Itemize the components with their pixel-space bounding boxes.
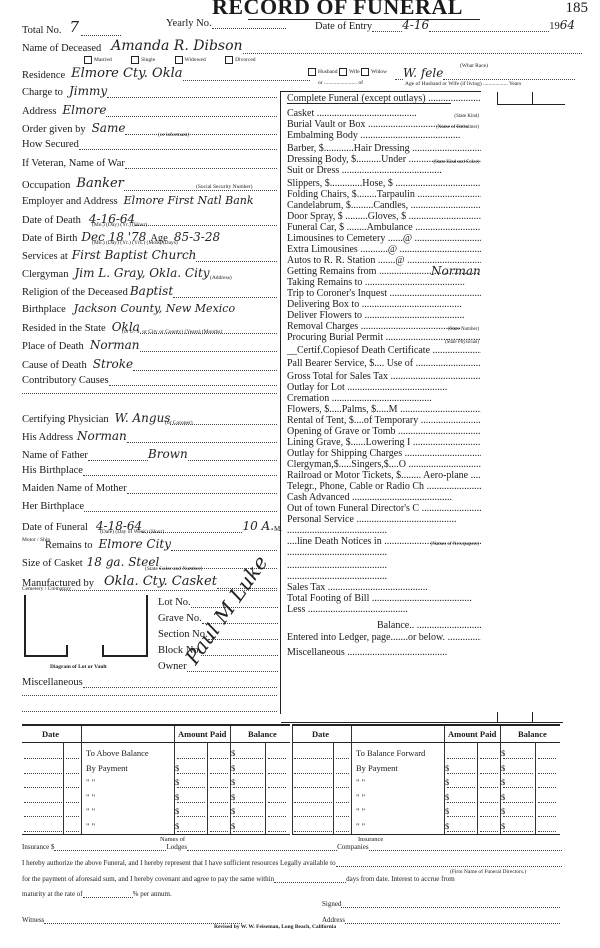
charge-amount[interactable]: ........................................	[387, 288, 481, 299]
charges-panel: Complete Funeral (except outlays) ......…	[280, 91, 481, 714]
page-title: RECORD OF FUNERAL	[212, 0, 463, 20]
mother-birthplace-value[interactable]	[84, 511, 277, 512]
name-of-deceased-field: Name of Deceased Amanda R. Dibson	[22, 38, 582, 54]
ledger-row-label: " "	[86, 821, 95, 831]
charge-item: Gross Total for Sales Tax ..............…	[287, 371, 481, 382]
companies-value[interactable]	[369, 850, 562, 851]
date-cell[interactable]	[24, 758, 62, 759]
charge-amount[interactable]: ........................................	[415, 189, 481, 200]
date-cell-2[interactable]	[66, 802, 79, 803]
amount-cents-cell[interactable]	[480, 802, 498, 803]
ledger-row-label: " "	[356, 777, 365, 787]
amount-cell[interactable]	[177, 758, 205, 759]
date-cell[interactable]	[24, 787, 62, 788]
charge-amount[interactable]: ........................................	[393, 178, 481, 189]
amount-cents-cell[interactable]	[480, 758, 498, 759]
date-cell-2[interactable]	[66, 816, 79, 817]
marital-status-options: Married Single Widowed Divorced	[84, 56, 256, 64]
birthplace-field: Birthplace Jackson County, New Mexico	[22, 302, 284, 315]
date-of-entry-label: Date of Entry	[315, 21, 372, 32]
date-cell-2[interactable]	[66, 758, 79, 759]
date-cell-2[interactable]	[336, 802, 349, 803]
charge-amount[interactable]: ........................................	[358, 321, 461, 332]
amount-cents-cell[interactable]	[210, 802, 228, 803]
currency-symbol: $	[445, 777, 449, 787]
currency-symbol: $	[231, 763, 235, 773]
race-value[interactable]: W. fele	[403, 66, 443, 80]
getting-remains-from-value[interactable]: Norman	[431, 264, 481, 278]
order-given-by-value[interactable]: Same	[92, 121, 126, 135]
charge-item: Lining Grave, $......Lowering I ........…	[287, 437, 481, 448]
employer-value[interactable]: Elmore First Natl Bank	[124, 194, 254, 207]
place-of-death-value[interactable]: Norman	[90, 338, 140, 352]
how-secured-field: How Secured	[22, 139, 277, 150]
amount-cents-cell[interactable]	[210, 816, 228, 817]
physician-address-value[interactable]: Norman	[77, 429, 127, 443]
widow-checkbox[interactable]: Widow	[361, 69, 387, 75]
date-cell[interactable]	[294, 787, 332, 788]
charge-item: Cremation ..............................…	[287, 393, 481, 404]
charge-item: Extra Limousines ...........@ ..........…	[287, 244, 481, 255]
place-of-death-field: Place of Death Norman	[22, 338, 277, 352]
ledger-row-label: " "	[356, 806, 365, 816]
yearly-no-label: Yearly No.	[166, 18, 212, 29]
currency-symbol: $	[501, 748, 505, 758]
charge-item: Folding Chairs, $........Tarpaulin .....…	[287, 189, 481, 200]
mother-maiden-name-value[interactable]	[127, 493, 277, 494]
amount-cents-cell[interactable]	[210, 773, 228, 774]
wife-checkbox[interactable]: Wife	[339, 69, 360, 75]
amount-cell[interactable]	[447, 773, 475, 774]
date-cell[interactable]	[294, 831, 332, 832]
lodges-value[interactable]	[187, 850, 337, 851]
date-cell-2[interactable]	[336, 758, 349, 759]
veteran-war-field: If Veteran, Name of War	[22, 158, 277, 169]
charge-amount[interactable]: ........................................	[424, 481, 481, 492]
charge-amount[interactable]: ........................................	[408, 200, 481, 211]
charge-amount[interactable]: ........................................	[413, 222, 481, 233]
charge-item: Opening of Grave or Tomb ...............…	[287, 426, 481, 437]
charge-item: Cash Advanced ..........................…	[287, 492, 481, 503]
charge-item: Personal Service .......................…	[287, 514, 481, 525]
charge-item: ........................................	[287, 547, 481, 558]
charge-item: Sales Tax ..............................…	[287, 582, 481, 593]
charge-amount[interactable]: ........................................	[350, 492, 453, 503]
charge-amount[interactable]: ........................................	[369, 593, 472, 604]
owner-field: Owner	[158, 661, 278, 672]
witness-value[interactable]	[44, 923, 242, 924]
date-cell-2[interactable]	[336, 831, 349, 832]
charge-item: Taking Remains to ......................…	[287, 277, 481, 288]
amount-cell[interactable]	[177, 831, 205, 832]
balance-cents-cell[interactable]	[268, 787, 286, 788]
currency-symbol: $	[501, 763, 505, 773]
block-no-field: Block No.	[158, 645, 278, 656]
charge-amount[interactable]: ........................................	[406, 459, 481, 470]
amount-cents-cell[interactable]	[210, 787, 228, 788]
widowed-checkbox[interactable]: Widowed	[175, 57, 206, 63]
authorize-text: I hereby authorize the above Funeral, an…	[22, 859, 336, 867]
charge-amount[interactable]: ........................................	[388, 371, 481, 382]
manufactured-by-value[interactable]: Okla. Cty. Casket	[104, 574, 217, 589]
yearly-no-field: Yearly No.	[166, 18, 286, 29]
charge-item: Embalming Body .........................…	[287, 130, 481, 141]
funeral-hour-value[interactable]: 10 A.	[242, 519, 274, 533]
charge-amount[interactable]: ........................................	[418, 415, 481, 426]
occupation-value[interactable]: Banker	[76, 176, 123, 191]
ledger-row-label: " "	[86, 792, 95, 802]
balance-cents-cell[interactable]	[538, 773, 556, 774]
charge-item: Door Spray, $ .........Gloves, $ .......…	[287, 211, 481, 222]
religion-field: Religion of the Deceased Baptist	[22, 284, 277, 298]
amount-cell[interactable]	[177, 787, 205, 788]
ledger-row-label: " "	[356, 792, 365, 802]
physician-address-field: His Address Norman	[22, 429, 277, 443]
charge-item: Limousines to Cemetery ......@ .........…	[287, 233, 481, 244]
residence-value[interactable]: Elmore Cty. Okla	[71, 66, 182, 81]
charge-amount[interactable]: ........................................	[445, 632, 481, 643]
charge-item: Balance.. ..............................…	[287, 620, 481, 631]
balance-cell[interactable]	[233, 831, 263, 832]
cause-of-death-field: Cause of Death Stroke	[22, 357, 277, 371]
charge-amount[interactable]: ........................................	[345, 382, 448, 393]
balance-cents-cell[interactable]	[538, 802, 556, 803]
date-cell[interactable]	[24, 831, 62, 832]
charge-item: Miscellaneous ..........................…	[287, 647, 481, 658]
cause-of-death-value[interactable]: Stroke	[93, 357, 133, 371]
date-cell-2[interactable]	[66, 787, 79, 788]
charge-item: Suit or Dress ..........................…	[287, 165, 481, 176]
mother-birthplace-field: Her Birthplace	[22, 501, 277, 512]
charge-amount[interactable]: ........................................	[325, 582, 428, 593]
services-at-value[interactable]: First Baptist Church	[72, 248, 197, 262]
address-field: Address Elmore	[22, 103, 277, 117]
name-of-father-field: Name of Father Brown	[22, 447, 277, 461]
remains-to-value[interactable]: Elmore City	[99, 537, 171, 551]
charge-amount[interactable]: ........................................	[397, 244, 481, 255]
veteran-war-value[interactable]	[125, 168, 277, 169]
ledger-row-label: " "	[86, 777, 95, 787]
charge-item: Slippers, $.............Hose, $ ........…	[287, 178, 481, 189]
ledger-row-label: " "	[356, 821, 365, 831]
balance-cell[interactable]	[503, 816, 533, 817]
currency-symbol: $	[175, 821, 179, 831]
charge-item: Delivering Box to ......................…	[287, 299, 481, 310]
charge-item: Clergyman,$.....Singers,$....O .........…	[287, 459, 481, 470]
year-value[interactable]: 64	[560, 18, 575, 32]
date-cell-2[interactable]	[66, 831, 79, 832]
ledger-balance-header: Balance	[518, 729, 547, 739]
employer-field: Employer and Address Elmore First Natl B…	[22, 194, 277, 207]
charge-item: Trip to Coroner's Inquest ..............…	[287, 288, 481, 299]
charge-item: Candelabrum, $.........Candles, ........…	[287, 200, 481, 211]
charge-amount[interactable]: ........................................	[362, 277, 465, 288]
currency-symbol: $	[231, 792, 235, 802]
amount-cell[interactable]	[447, 787, 475, 788]
ledger-row-label: " "	[86, 806, 95, 816]
charge-amount[interactable]: ........................................	[426, 93, 481, 104]
charge-amount[interactable]: ........................................	[410, 437, 481, 448]
amount-cents-cell[interactable]	[480, 831, 498, 832]
residence-field: Residence Elmore Cty. Okla	[22, 66, 310, 81]
charge-amount[interactable]: ........................................	[287, 525, 387, 536]
balance-cell[interactable]	[503, 831, 533, 832]
currency-symbol: $	[175, 806, 179, 816]
amount-cents-cell[interactable]	[210, 758, 228, 759]
balance-cents-cell[interactable]	[268, 816, 286, 817]
ledger-table-left: Date Amount Paid Balance To Above Balanc…	[22, 724, 290, 835]
ledger-row-label: By Payment	[86, 763, 128, 773]
charge-to-field: Charge to Jimmy	[22, 84, 277, 98]
total-no-value[interactable]: 7	[70, 18, 80, 36]
currency-symbol: $	[501, 821, 505, 831]
charge-item: Rental of Tent, $....of Temporary ......…	[287, 415, 481, 426]
charge-to-value[interactable]: Jimmy	[69, 84, 107, 98]
revised-credit: Revised by W. W. Feiseman, Long Beach, C…	[214, 924, 336, 930]
signed-value[interactable]	[341, 907, 560, 908]
date-cell[interactable]	[24, 802, 62, 803]
balance-cents-cell[interactable]	[538, 787, 556, 788]
date-cell[interactable]	[294, 773, 332, 774]
insurance-line: Insurance $ Lodges Companies	[22, 843, 562, 851]
currency-symbol: $	[501, 806, 505, 816]
balance-cell[interactable]	[233, 787, 263, 788]
charge-amount[interactable]: ........................................	[314, 108, 417, 119]
address-signature-field: Address	[322, 916, 560, 924]
charge-amount[interactable]: ........................................	[362, 310, 465, 321]
currency-symbol: $	[175, 777, 179, 787]
balance-cents-cell[interactable]	[268, 802, 286, 803]
charge-amount[interactable]: ........................................	[305, 604, 408, 615]
date-cell-2[interactable]	[336, 816, 349, 817]
ledger-balance-header: Balance	[248, 729, 277, 739]
charge-item: Outlay for Lot .........................…	[287, 382, 481, 393]
currency-symbol: $	[445, 806, 449, 816]
charge-item: Flowers, $.....Palms, $.....M ..........…	[287, 404, 481, 415]
date-cell[interactable]	[294, 758, 332, 759]
charge-amount[interactable]: ........................................	[396, 426, 481, 437]
charge-amount[interactable]: ........................................	[413, 358, 481, 369]
charge-amount[interactable]: ........................................	[419, 503, 481, 514]
race-field: W. fele	[395, 66, 575, 80]
charge-amount[interactable]: ........................................	[329, 393, 432, 404]
charge-amount[interactable]: ........................................	[345, 647, 448, 658]
charge-amount[interactable]: ........................................	[287, 560, 387, 571]
charge-amount[interactable]: ........................................	[398, 404, 481, 415]
balance-cell[interactable]	[233, 773, 263, 774]
currency-symbol: $	[175, 763, 179, 773]
balance-cell[interactable]	[503, 802, 533, 803]
amount-cell[interactable]	[447, 758, 475, 759]
charge-amount[interactable]: ........................................	[412, 233, 481, 244]
firm-name-value[interactable]	[336, 866, 562, 867]
charge-amount[interactable]: ........................................	[358, 130, 461, 141]
amount-cents-cell[interactable]	[480, 773, 498, 774]
charge-amount[interactable]: ........................................	[414, 620, 481, 631]
charge-item: ........................................	[287, 525, 481, 536]
charge-item: Funeral Car, $ ........Ambulance .......…	[287, 222, 481, 233]
single-checkbox[interactable]: Single	[131, 57, 155, 63]
certifying-physician-field: Certifying Physician W. Angus	[22, 411, 277, 425]
date-cell[interactable]	[294, 802, 332, 803]
amount-cell[interactable]	[447, 831, 475, 832]
name-of-deceased-label: Name of Deceased	[22, 43, 101, 54]
amount-cell[interactable]	[177, 816, 205, 817]
cemetery-crematory-label: Cemetery / Crematory	[22, 586, 71, 592]
currency-symbol: $	[501, 777, 505, 787]
contributory-causes-line2	[22, 393, 277, 394]
balance-cents-cell[interactable]	[268, 758, 286, 759]
date-cell[interactable]	[24, 816, 62, 817]
currency-symbol: $	[445, 821, 449, 831]
balance-cents-cell[interactable]	[538, 758, 556, 759]
religion-value[interactable]: Baptist	[130, 284, 173, 298]
father-birthplace-value[interactable]	[83, 475, 277, 476]
authorize-line: I hereby authorize the above Funeral, an…	[22, 859, 562, 867]
total-no-label: Total No.	[22, 25, 62, 36]
clergyman-value[interactable]: Jim L. Gray, Okla. City	[74, 266, 209, 280]
divorced-checkbox[interactable]: Divorced	[225, 57, 255, 63]
interest-rate-value[interactable]	[83, 897, 133, 898]
ledger-date-header: Date	[312, 729, 329, 739]
date-of-death-field: Date of Death 4-16-64	[22, 212, 277, 226]
charge-item: ........................................	[287, 571, 481, 582]
husband-checkbox[interactable]: Husband	[308, 69, 338, 75]
charge-amount[interactable]: ........................................	[287, 547, 387, 558]
charge-item: Barber, $............Hair Dressing .....…	[287, 143, 481, 154]
services-at-field: Services at First Baptist Church	[22, 248, 277, 262]
charge-amount[interactable]: ........................................	[339, 165, 442, 176]
residence-label: Residence	[22, 70, 65, 81]
date-cell-2[interactable]	[336, 773, 349, 774]
or-of-line: or ........................ of	[318, 80, 363, 86]
balance-cell[interactable]	[233, 758, 263, 759]
date-cell[interactable]	[294, 816, 332, 817]
charge-item: Entered into Ledger, page.......or below…	[287, 632, 481, 643]
ledger-row-label: To Above Balance	[86, 748, 149, 758]
currency-symbol: $	[231, 748, 235, 758]
witness-field: Witness	[22, 916, 242, 924]
contributory-causes-field: Contributory Causes	[22, 375, 277, 386]
charge-item: Total Footing of Bill ..................…	[287, 593, 481, 604]
charge-amount[interactable]: ........................................	[287, 571, 387, 582]
charge-item: Telegr., Phone, Cable or Radio Ch ......…	[287, 481, 481, 492]
charge-item: __Certif.Copiesof Death Certificate ....…	[287, 345, 481, 356]
amount-cell[interactable]	[177, 802, 205, 803]
amount-cell[interactable]	[447, 816, 475, 817]
balance-cell[interactable]	[503, 773, 533, 774]
charge-item: Complete Funeral (except outlays) ......…	[287, 93, 481, 104]
charge-amount[interactable]: ........................................	[468, 470, 481, 481]
clergyman-field: Clergyman Jim L. Gray, Okla. City	[22, 266, 284, 280]
charge-amount[interactable]: ........................................	[402, 448, 481, 459]
date-cell[interactable]	[24, 773, 62, 774]
maturity-line: maturity at the rate of % per annum.	[22, 890, 562, 898]
currency-symbol: $	[445, 763, 449, 773]
balance-cents-cell[interactable]	[538, 816, 556, 817]
balance-cents-cell[interactable]	[268, 831, 286, 832]
days-value[interactable]	[274, 882, 346, 883]
companies-label: Companies	[337, 843, 369, 851]
currency-symbol: $	[501, 792, 505, 802]
ledger-amount-paid-header: Amount Paid	[448, 729, 496, 739]
spouse-options: Husband Wife Widow	[308, 68, 387, 76]
birthplace-value[interactable]: Jackson County, New Mexico	[74, 302, 235, 315]
currency-symbol: $	[231, 806, 235, 816]
insurance-caption-top: Insurance	[358, 836, 383, 843]
date-of-entry-value[interactable]: 4-16	[402, 18, 429, 32]
ledger-row-label: By Payment	[356, 763, 398, 773]
signed-field: Signed	[322, 900, 560, 908]
ledger-row-label: To Balance Forward	[356, 748, 425, 758]
currency-symbol: $	[445, 792, 449, 802]
currency-symbol: $	[231, 777, 235, 787]
amount-cell[interactable]	[447, 802, 475, 803]
balance-cell[interactable]	[233, 802, 263, 803]
miscellaneous-field-left: Miscellaneous	[22, 677, 277, 688]
diagram-caption: Diagram of Lot or Vault	[50, 664, 107, 670]
year-prefix: 19	[549, 21, 560, 32]
charge-item: Less ...................................…	[287, 604, 481, 615]
charge-amount[interactable]: ........................................	[410, 143, 481, 154]
charge-item: Outlay for Shipping Charges ............…	[287, 448, 481, 459]
name-of-father-value[interactable]: Brown	[148, 447, 188, 461]
ledger-table-right: Date Amount Paid Balance To Balance Forw…	[292, 724, 560, 835]
currency-symbol: $	[231, 821, 235, 831]
name-of-deceased-value[interactable]: Amanda R. Dibson	[111, 38, 242, 54]
balance-cell[interactable]	[233, 816, 263, 817]
charge-item: Out of town Funeral Director's C .......…	[287, 503, 481, 514]
ledger-date-header: Date	[42, 729, 59, 739]
yearly-no-value[interactable]	[212, 28, 286, 29]
amount-cents-cell[interactable]	[480, 787, 498, 788]
age-value[interactable]: 85-3-28	[174, 230, 220, 244]
date-of-entry-field: Date of Entry 4-16 19 64	[315, 18, 575, 32]
charge-amount[interactable]: ........................................	[406, 211, 481, 222]
charge-amount[interactable]: ........................................	[430, 345, 481, 356]
balance-cents-cell[interactable]	[268, 773, 286, 774]
date-cell-2[interactable]	[66, 773, 79, 774]
charge-item: Casket .................................…	[287, 108, 481, 119]
certifying-physician-value[interactable]: W. Angus	[115, 411, 171, 425]
covenant-line: for the payment of aforesaid sum, and I …	[22, 875, 562, 883]
lodges-label: Lodges	[166, 843, 187, 851]
address-value[interactable]: Elmore	[62, 103, 106, 117]
charge-amount[interactable]: ........................................	[359, 299, 462, 310]
balance-cell[interactable]	[503, 787, 533, 788]
charge-amount[interactable]: ........................................	[354, 514, 457, 525]
how-secured-value[interactable]	[79, 149, 277, 150]
amount-cell[interactable]	[177, 773, 205, 774]
father-birthplace-field: His Birthplace	[22, 465, 277, 476]
currency-symbol: $	[175, 792, 179, 802]
married-checkbox[interactable]: Married	[84, 57, 112, 63]
charge-item: Railroad or Motor Tickets, $........ Aer…	[287, 470, 481, 481]
lodges-caption-top: Names of	[160, 836, 185, 843]
date-cell-2[interactable]	[336, 787, 349, 788]
insurance-label: Insurance $	[22, 843, 54, 851]
address-signature-value[interactable]	[345, 923, 560, 924]
ledger-amount-paid-header: Amount Paid	[178, 729, 226, 739]
balance-cents-cell[interactable]	[538, 831, 556, 832]
balance-cell[interactable]	[503, 758, 533, 759]
page-number: 185	[566, 0, 589, 17]
amount-cents-cell[interactable]	[480, 816, 498, 817]
lot-diagram	[24, 595, 148, 657]
contributory-causes-value[interactable]	[109, 385, 277, 386]
insurance-value[interactable]	[54, 850, 166, 851]
amount-cents-cell[interactable]	[210, 831, 228, 832]
